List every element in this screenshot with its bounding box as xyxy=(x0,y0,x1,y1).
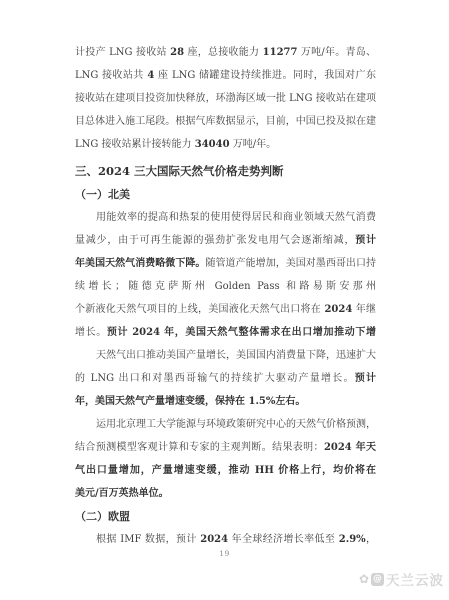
heading-line: 三、2024 三大国际天然气价格走势判断 xyxy=(75,160,376,183)
text-line: 运用北京理工大学能源与环境政策研究中心的天然气价格预测， xyxy=(75,413,376,436)
text-segment: 2024 xyxy=(200,534,228,545)
page-number: 19 xyxy=(0,549,449,558)
text-segment: 接收站在建项目投资加快释放，环渤海区域一批 LNG 接收站在建项 xyxy=(75,93,376,104)
text-segment: 2024 xyxy=(324,304,352,315)
text-line: LNG 接收站共 4 座 LNG 储罐建设持续推进。同时，我国对广东 LNG xyxy=(75,64,376,87)
text-line: 计投产 LNG 接收站 28 座，总接收能力 11277 万吨/年。青岛、天津 xyxy=(75,41,376,64)
text-line: 续增长；随德克萨斯州 Golden Pass 和路易斯安那州 Plaquemin… xyxy=(75,275,376,298)
text-line: 年，美国天然气产量增速变缓，保持在 1.5%左右。 xyxy=(75,390,376,413)
text-segment: 34040 xyxy=(195,139,230,150)
flower-icon: ✿ xyxy=(359,573,369,586)
text-segment: 年美国天然气消费略微下降。 xyxy=(75,258,205,269)
text-segment: 用能效率的提高和热泵的使用使得居民和商业领域天然气消费 xyxy=(96,212,376,223)
text-segment: （二）欧盟 xyxy=(75,510,130,523)
text-line: 美元/百万英热单位。 xyxy=(75,482,376,505)
text-line: 个新液化天然气项目的上线，美国液化天然气出口将在 2024 年继续 xyxy=(75,298,376,321)
subheading-line: （二）欧盟 xyxy=(75,505,376,528)
watermark-text: 天兰云波 xyxy=(386,569,444,589)
text-segment: 年，美国天然气产量增速变缓，保持在 1.5%左右。 xyxy=(75,396,305,407)
text-segment: 座，总接收能力 xyxy=(184,47,263,58)
text-segment: 的 LNG 出口和对墨西哥输气的持续扩大驱动产量增长。 xyxy=(75,373,355,384)
text-line: 目总体进入施工尾段。根据气库数据显示，目前，中国已投及拟在建 xyxy=(75,110,376,133)
text-segment: 三、2024 三大国际天然气价格走势判断 xyxy=(75,164,284,178)
text-segment: （一）北美 xyxy=(75,188,130,201)
at-icon: @ xyxy=(371,573,384,586)
text-segment: 根据 IMF 数据，预计 xyxy=(96,534,200,545)
text-line: 结合预测模型客观计算和专家的主观判断。结果表明：2024 年天然 xyxy=(75,436,376,459)
text-segment: 28 xyxy=(170,47,184,58)
text-segment: 11277 xyxy=(263,47,298,58)
text-segment: 续增长；随德克萨斯州 Golden Pass 和路易斯安那州 Plaquemin… xyxy=(75,281,376,298)
watermark: ✿ @ 天兰云波 xyxy=(359,569,444,589)
text-segment: 目总体进入施工尾段。根据气库数据显示，目前，中国已投及拟在建 xyxy=(75,116,376,127)
text-segment: 天然气出口推动美国产量增长，美国国内消费量下降，迅速扩大 xyxy=(96,350,376,361)
text-line: 的 LNG 出口和对墨西哥输气的持续扩大驱动产量增长。预计 2024 xyxy=(75,367,376,390)
text-segment: 美元/百万英热单位。 xyxy=(75,488,169,499)
text-segment: 个新液化天然气项目的上线，美国液化天然气出口将在 xyxy=(75,304,324,315)
text-segment: 年全球经济增长率低至 xyxy=(228,534,339,545)
text-line: 气出口量增加，产量增速变缓，推动 HH 价格上行，均价将在 2.90-3.54 xyxy=(75,459,376,482)
text-segment: 计投产 LNG 接收站 xyxy=(75,47,170,58)
document-page: 计投产 LNG 接收站 28 座，总接收能力 11277 万吨/年。青岛、天津L… xyxy=(0,0,449,600)
text-line: 根据 IMF 数据，预计 2024 年全球经济增长率低至 2.9%，全球经 xyxy=(75,528,376,551)
subheading-line: （一）北美 xyxy=(75,183,376,206)
text-segment: 随管道产能增加，美国对墨西哥出口持 xyxy=(205,258,376,269)
text-segment: 预计 2024 年，美国天然气整体需求在出口增加推动下增长。 xyxy=(75,327,376,344)
text-line: 接收站在建项目投资加快释放，环渤海区域一批 LNG 接收站在建项 xyxy=(75,87,376,110)
text-segment: 增长。 xyxy=(75,327,107,338)
text-segment: 2.9% xyxy=(339,534,366,545)
text-segment: LNG 接收站累计接转能力 xyxy=(75,139,195,150)
text-segment: 量减少，由于可再生能源的强劲扩张发电用气会逐渐缩减， xyxy=(75,235,355,246)
text-segment: 气出口量增加，产量增速变缓，推动 HH 价格上行，均价将在 2.90-3.54 xyxy=(75,465,376,482)
text-line: 增长。预计 2024 年，美国天然气整体需求在出口增加推动下增长。 xyxy=(75,321,376,344)
text-segment: LNG 接收站共 xyxy=(75,70,147,81)
text-line: 年美国天然气消费略微下降。随管道产能增加，美国对墨西哥出口持 xyxy=(75,252,376,275)
text-line: 天然气出口推动美国产量增长，美国国内消费量下降，迅速扩大 xyxy=(75,344,376,367)
text-line: 用能效率的提高和热泵的使用使得居民和商业领域天然气消费 xyxy=(75,206,376,229)
text-line: 量减少，由于可再生能源的强劲扩张发电用气会逐渐缩减，预计 2024 xyxy=(75,229,376,252)
text-line: LNG 接收站累计接转能力 34040 万吨/年。 xyxy=(75,133,376,156)
document-text: 计投产 LNG 接收站 28 座，总接收能力 11277 万吨/年。青岛、天津L… xyxy=(75,41,376,551)
text-segment: 运用北京理工大学能源与环境政策研究中心的天然气价格预测， xyxy=(96,419,376,430)
text-segment: 万吨/年。 xyxy=(230,139,277,150)
text-segment: 结合预测模型客观计算和专家的主观判断。结果表明： xyxy=(75,442,324,453)
